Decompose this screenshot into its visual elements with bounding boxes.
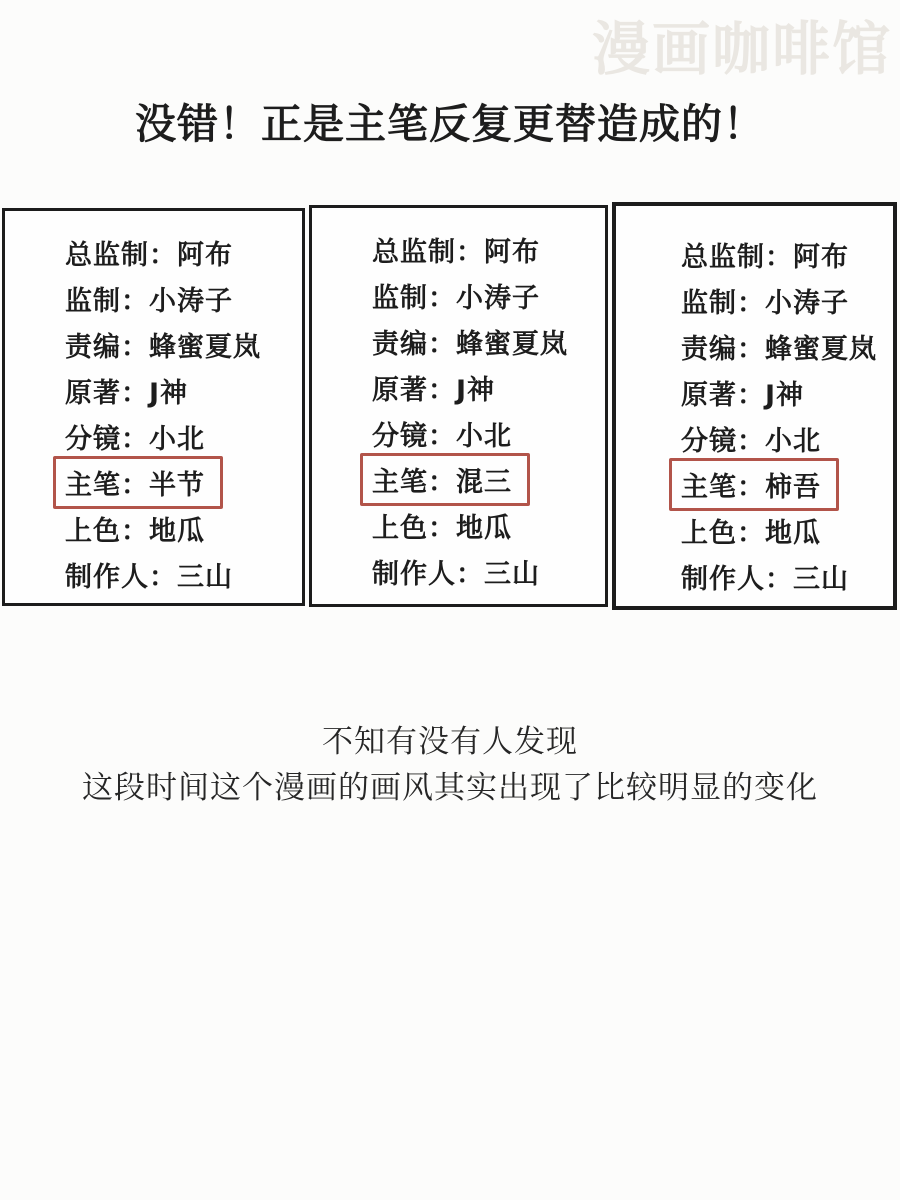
- credit-line-storyboard: 分镜：小北: [372, 410, 605, 456]
- credit-line-chief-supervisor: 总监制：阿布: [372, 226, 605, 272]
- credit-line-original-author: 原著：J神: [681, 369, 893, 415]
- credit-text: 监制：小涛子: [65, 279, 233, 318]
- credit-line-colorist: 上色：地瓜: [372, 502, 605, 548]
- credit-line-storyboard: 分镜：小北: [65, 413, 302, 459]
- credit-text: 原著：J神: [681, 373, 804, 412]
- credit-text: 监制：小涛子: [372, 276, 540, 315]
- credit-line-storyboard: 分镜：小北: [681, 415, 893, 461]
- credit-line-supervisor: 监制：小涛子: [681, 277, 893, 323]
- credit-text: 上色：地瓜: [681, 511, 821, 550]
- credit-text: 分镜：小北: [372, 414, 512, 453]
- comic-page: 漫画咖啡馆 没错！正是主笔反复更替造成的！ 总监制：阿布 监制：小涛子 责编：蜂…: [0, 0, 900, 1200]
- credit-text: 分镜：小北: [65, 417, 205, 456]
- lead-artist-highlight-box: 主笔：半节: [53, 456, 223, 509]
- credit-text: 责编：蜂蜜夏岚: [372, 322, 568, 361]
- credits-panel-2: 总监制：阿布 监制：小涛子 责编：蜂蜜夏岚 原著：J神 分镜：小北 主笔：混三 …: [309, 205, 608, 607]
- credit-text: 原著：J神: [372, 368, 495, 407]
- credit-text: 主笔：半节: [65, 463, 205, 502]
- credit-text: 总监制：阿布: [372, 230, 540, 269]
- credit-line-producer: 制作人：三山: [681, 553, 893, 599]
- credit-line-editor: 责编：蜂蜜夏岚: [372, 318, 605, 364]
- credit-text: 上色：地瓜: [65, 509, 205, 548]
- credit-line-editor: 责编：蜂蜜夏岚: [65, 321, 302, 367]
- credit-line-producer: 制作人：三山: [372, 548, 605, 594]
- credit-text: 责编：蜂蜜夏岚: [65, 325, 261, 364]
- credit-text: 制作人：三山: [681, 557, 849, 596]
- credit-line-producer: 制作人：三山: [65, 551, 302, 597]
- credit-text: 制作人：三山: [65, 555, 233, 594]
- caption-line-2: 这段时间这个漫画的画风其实出现了比较明显的变化: [0, 765, 900, 811]
- credit-line-lead-artist: 主笔：柿吾: [681, 461, 893, 507]
- caption-block: 不知有没有人发现 这段时间这个漫画的画风其实出现了比较明显的变化: [0, 719, 900, 811]
- credit-line-editor: 责编：蜂蜜夏岚: [681, 323, 893, 369]
- credit-line-supervisor: 监制：小涛子: [372, 272, 605, 318]
- page-title: 没错！正是主笔反复更替造成的！: [0, 91, 900, 150]
- credits-list: 总监制：阿布 监制：小涛子 责编：蜂蜜夏岚 原著：J神 分镜：小北 主笔：半节 …: [5, 211, 302, 597]
- credit-line-chief-supervisor: 总监制：阿布: [65, 229, 302, 275]
- credit-line-colorist: 上色：地瓜: [65, 505, 302, 551]
- credit-text: 责编：蜂蜜夏岚: [681, 327, 877, 366]
- caption-line-1: 不知有没有人发现: [0, 719, 900, 765]
- lead-artist-highlight-box: 主笔：柿吾: [669, 458, 839, 511]
- credits-list: 总监制：阿布 监制：小涛子 责编：蜂蜜夏岚 原著：J神 分镜：小北 主笔：混三 …: [312, 208, 605, 594]
- credits-list: 总监制：阿布 监制：小涛子 责编：蜂蜜夏岚 原著：J神 分镜：小北 主笔：柿吾 …: [616, 206, 893, 599]
- credit-text: 主笔：混三: [372, 460, 512, 499]
- credit-text: 总监制：阿布: [681, 235, 849, 274]
- credit-text: 上色：地瓜: [372, 506, 512, 545]
- credits-panel-3: 总监制：阿布 监制：小涛子 责编：蜂蜜夏岚 原著：J神 分镜：小北 主笔：柿吾 …: [612, 202, 897, 610]
- credit-line-original-author: 原著：J神: [372, 364, 605, 410]
- credit-text: 制作人：三山: [372, 552, 540, 591]
- credits-panel-1: 总监制：阿布 监制：小涛子 责编：蜂蜜夏岚 原著：J神 分镜：小北 主笔：半节 …: [2, 208, 305, 606]
- credit-text: 原著：J神: [65, 371, 188, 410]
- credit-line-lead-artist: 主笔：半节: [65, 459, 302, 505]
- credit-text: 监制：小涛子: [681, 281, 849, 320]
- watermark: 漫画咖啡馆: [592, 2, 892, 86]
- credit-text: 总监制：阿布: [65, 233, 233, 272]
- credit-line-original-author: 原著：J神: [65, 367, 302, 413]
- lead-artist-highlight-box: 主笔：混三: [360, 453, 530, 506]
- credit-line-supervisor: 监制：小涛子: [65, 275, 302, 321]
- credit-line-chief-supervisor: 总监制：阿布: [681, 231, 893, 277]
- credit-text: 分镜：小北: [681, 419, 821, 458]
- credit-line-colorist: 上色：地瓜: [681, 507, 893, 553]
- credit-line-lead-artist: 主笔：混三: [372, 456, 605, 502]
- credit-text: 主笔：柿吾: [681, 465, 821, 504]
